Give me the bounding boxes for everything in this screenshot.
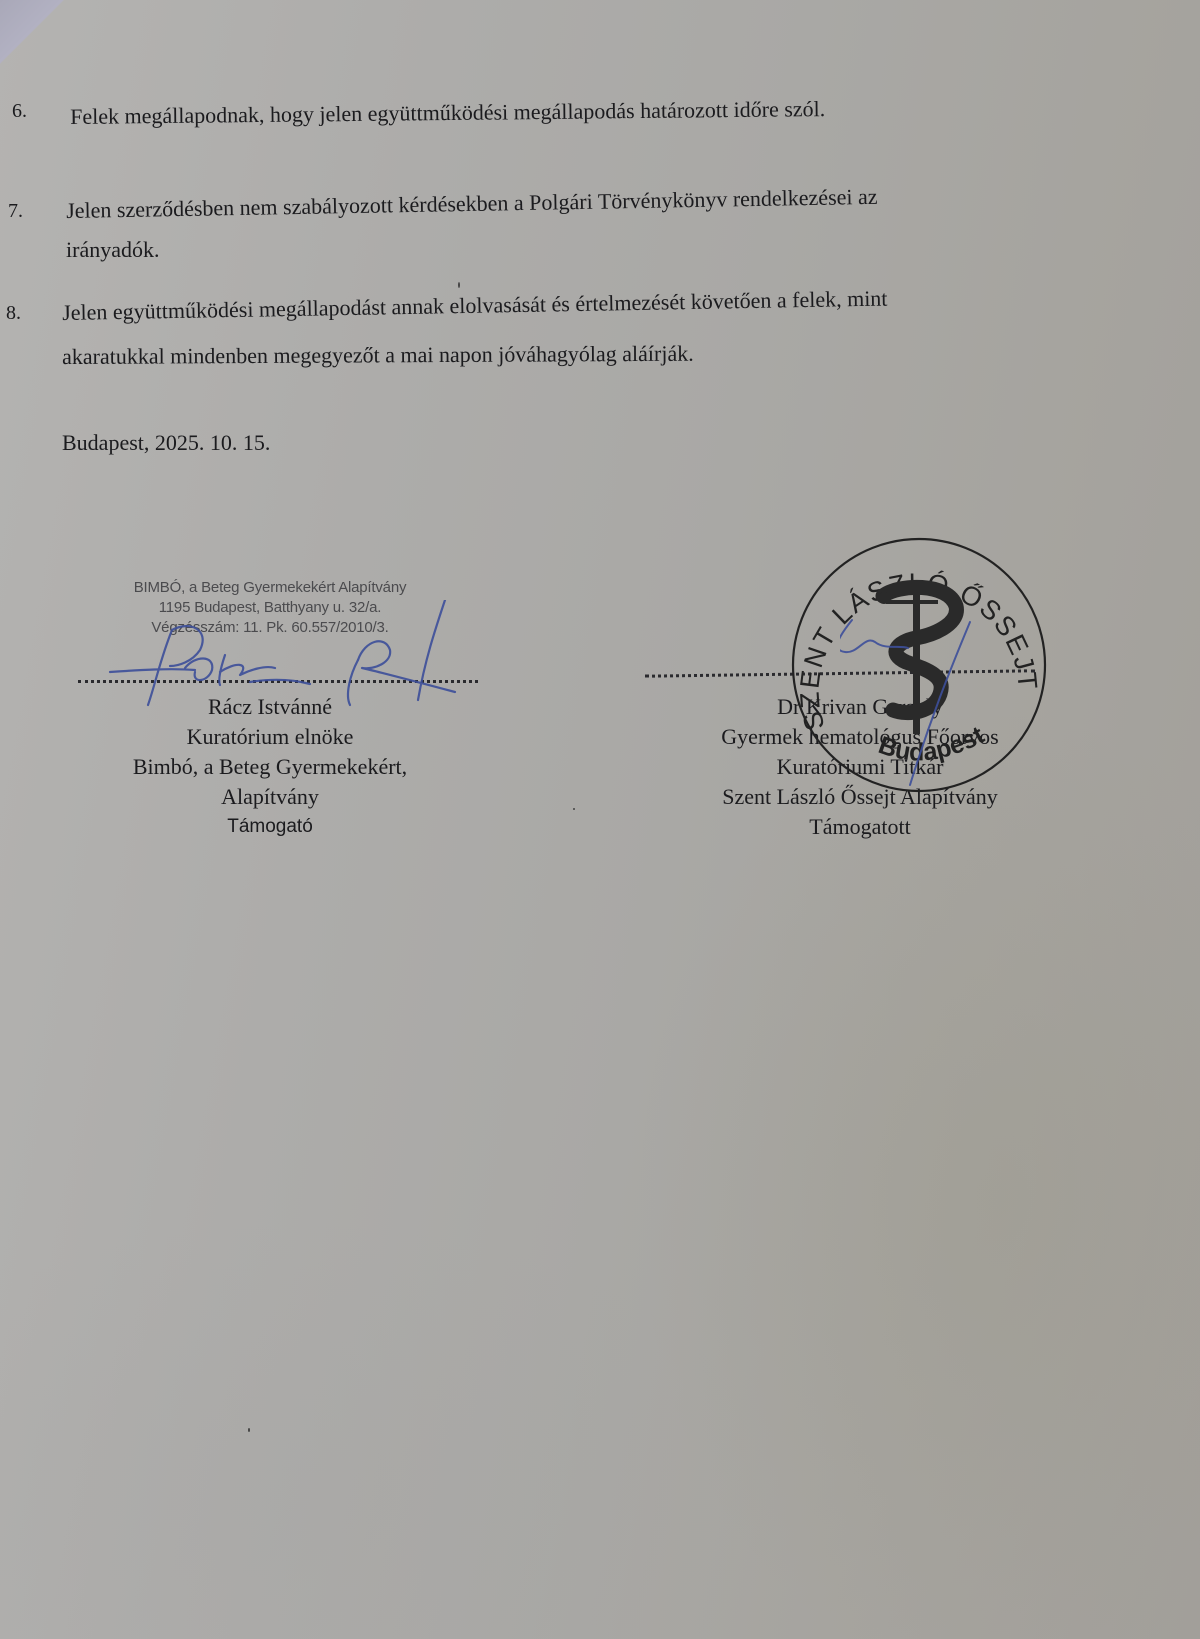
round-foundation-stamp: SZENT LÁSZLÓ ŐSSEJT ALAPÍTVÁNY Budapest [788,534,1050,796]
item-6-text: Felek megállapodnak, hogy jelen együttmű… [70,96,825,130]
stamp-bottom-text: Budapest [875,721,989,767]
left-signatory-org-line2: Alapítvány [80,782,460,812]
left-signatory-name: Rácz Istvánné [80,692,460,722]
stamp-org-name: BIMBÓ, a Beteg Gyermekekért Alapítvány [120,578,420,598]
item-8-text-line2: akaratukkal mindenben megegyezőt a mai n… [62,341,694,371]
item-7-text-line1: Jelen szerződésben nem szabályozott kérd… [66,184,878,225]
paper-corner-fold [0,0,70,70]
rod-of-asclepius-icon [878,587,956,734]
left-signatory-title: Kuratórium elnöke [80,722,460,752]
item-8-text-line1: Jelen együttműködési megállapodást annak… [62,286,888,327]
item-number-8: 8. [6,302,21,325]
item-number-6: 6. [12,100,27,123]
stamp-registration: Végzésszám: 11. Pk. 60.557/2010/3. [120,618,420,638]
left-signatory-block: Rácz Istvánné Kuratórium elnöke Bimbó, a… [80,692,460,842]
left-signatory-role: Támogató [80,812,460,842]
stamp-address: 1195 Budapest, Batthyany u. 32/a. [120,598,420,618]
paper-speck [248,1428,250,1432]
place-and-date: Budapest, 2025. 10. 15. [62,430,270,456]
paper-speck [458,282,460,288]
item-7-text-line2: irányadók. [66,237,159,263]
left-signature-line [78,680,478,683]
svg-text:Budapest: Budapest [875,721,989,767]
left-signatory-org-line1: Bimbó, a Beteg Gyermekekért, [80,752,460,782]
paper-speck [573,808,575,810]
right-signatory-role: Támogatott [650,812,1070,842]
item-number-7: 7. [8,200,23,223]
left-organization-stamp: BIMBÓ, a Beteg Gyermekekért Alapítvány 1… [120,578,420,638]
